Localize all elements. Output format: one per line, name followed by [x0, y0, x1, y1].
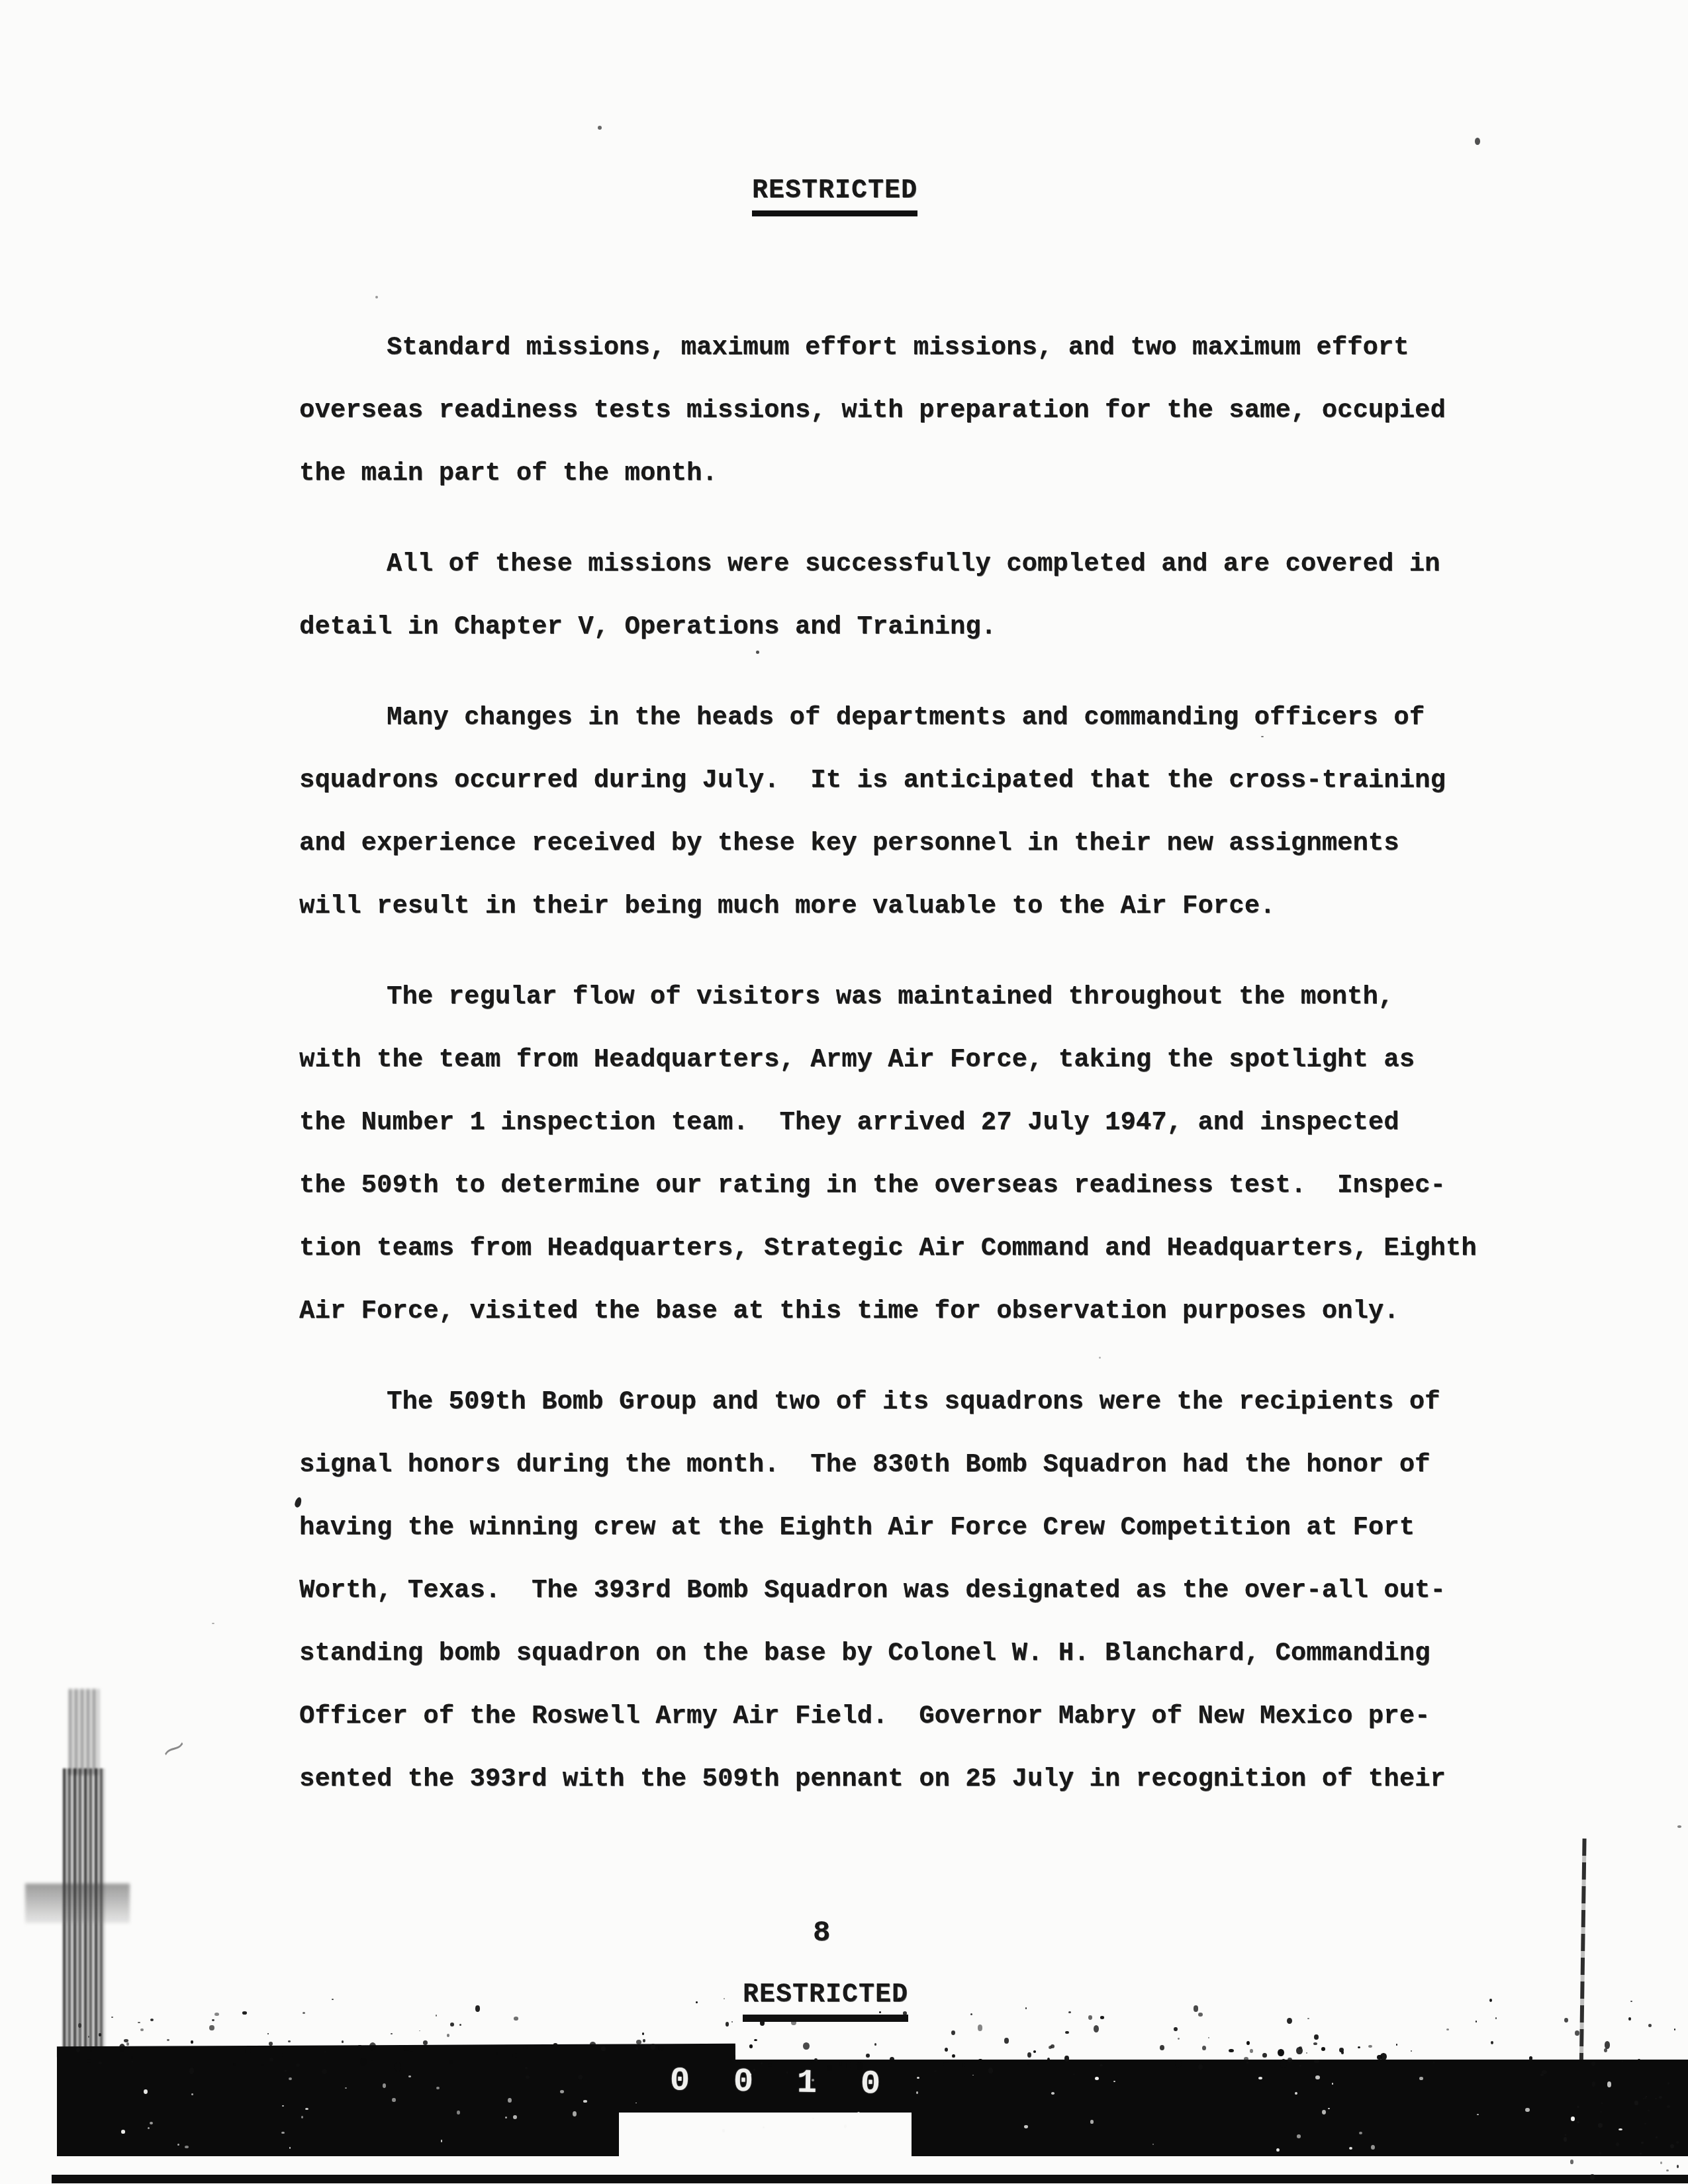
noise-dot	[289, 2147, 291, 2149]
noise-dot	[281, 2132, 284, 2134]
noise-dot	[408, 2075, 411, 2077]
noise-dot	[1432, 2062, 1435, 2064]
noise-dot	[138, 2022, 140, 2024]
noise-dot	[1295, 2092, 1297, 2095]
noise-dot	[475, 2005, 480, 2011]
noise-dot	[1648, 2024, 1652, 2027]
noise-dot	[1194, 2005, 1199, 2011]
text-line: All of these missions were successfully …	[299, 533, 1501, 596]
scan-streak	[25, 1884, 130, 1923]
noise-dot	[1051, 2044, 1055, 2048]
noise-dot	[450, 2023, 454, 2026]
noise-dot	[1570, 2160, 1574, 2164]
noise-dot	[978, 2025, 982, 2031]
noise-dot	[1178, 2038, 1180, 2039]
noise-dot	[1313, 2042, 1317, 2045]
noise-dot	[1358, 2046, 1360, 2048]
text-line: sented the 393rd with the 509th pennant …	[299, 1748, 1501, 1811]
noise-dot	[866, 2054, 870, 2058]
noise-dot	[756, 651, 759, 654]
noise-dot	[1477, 2114, 1479, 2115]
noise-dot	[322, 2069, 327, 2074]
noise-dot	[303, 2012, 305, 2014]
scanned-document-page: RESTRICTED Standard missions, maximum ef…	[0, 0, 1688, 2184]
noise-dot	[1495, 2017, 1497, 2019]
film-band-notch	[619, 2113, 912, 2184]
noise-dot	[1174, 2027, 1178, 2032]
noise-dot	[269, 2058, 273, 2062]
text-line: and experience received by these key per…	[299, 812, 1501, 875]
text-line: having the winning crew at the Eighth Ai…	[299, 1496, 1501, 1559]
noise-dot	[1314, 2060, 1319, 2064]
scan-scratch	[1579, 1839, 1586, 2081]
noise-dot	[890, 2057, 894, 2062]
noise-dot	[1641, 2142, 1644, 2144]
paragraph: Many changes in the heads of departments…	[299, 686, 1501, 938]
noise-dot	[419, 2030, 420, 2032]
noise-dot	[1628, 2017, 1631, 2021]
noise-dot	[1666, 2169, 1669, 2171]
noise-dot	[132, 2062, 133, 2062]
noise-dot	[1638, 2059, 1640, 2062]
noise-dot	[1113, 2081, 1115, 2082]
noise-dot	[1634, 2101, 1638, 2105]
page-number: 8	[813, 1917, 830, 1950]
text-line: Standard missions, maximum effort missio…	[299, 316, 1501, 379]
noise-dot	[441, 2140, 443, 2142]
noise-dot	[1341, 2051, 1344, 2054]
noise-dot	[1299, 2065, 1301, 2067]
noise-dot	[449, 2060, 453, 2064]
classification-footer: RESTRICTED	[743, 1980, 908, 2022]
noise-dot	[722, 2129, 725, 2132]
noise-dot	[643, 2039, 645, 2042]
noise-dot	[1630, 2001, 1632, 2002]
noise-dot	[1202, 2046, 1206, 2050]
noise-dot	[1599, 2152, 1601, 2154]
noise-dot	[282, 2105, 284, 2107]
noise-dot	[590, 2042, 596, 2047]
noise-dot	[1674, 2028, 1675, 2030]
noise-dot	[1100, 2016, 1105, 2019]
noise-dot	[1656, 2136, 1658, 2138]
noise-dot	[1575, 2030, 1579, 2036]
noise-dot	[768, 2063, 772, 2067]
noise-dot	[391, 2033, 392, 2034]
noise-dot	[1099, 1357, 1101, 1359]
noise-dot	[1229, 2049, 1234, 2053]
noise-dot	[1676, 2141, 1679, 2144]
noise-dot	[395, 2062, 401, 2071]
noise-dot	[1491, 2041, 1493, 2044]
noise-dot	[1604, 2048, 1607, 2052]
noise-dot	[1306, 2052, 1307, 2054]
noise-dot	[78, 2023, 81, 2028]
noise-dot	[763, 2126, 765, 2128]
paragraph: All of these missions were successfully …	[299, 533, 1501, 659]
noise-dot	[1287, 2018, 1291, 2024]
noise-dot	[1598, 2123, 1603, 2128]
noise-dot	[212, 2019, 215, 2021]
noise-dot	[1033, 2050, 1037, 2053]
noise-dot	[1064, 2056, 1068, 2062]
noise-dot	[1065, 2031, 1068, 2034]
noise-dot	[99, 2062, 102, 2064]
text-line: squadrons occurred during July. It is an…	[299, 749, 1501, 812]
noise-dot	[111, 2017, 113, 2018]
noise-dot	[1332, 2083, 1333, 2084]
noise-dot	[945, 2048, 948, 2052]
paragraph: The regular flow of visitors was maintai…	[299, 966, 1501, 1343]
noise-dot	[978, 2059, 982, 2061]
noise-dot	[731, 2021, 733, 2023]
noise-dot	[1088, 2015, 1092, 2020]
noise-dot	[233, 2063, 236, 2066]
noise-dot	[1525, 2108, 1530, 2113]
noise-dot	[301, 2116, 304, 2118]
noise-dot	[952, 2054, 955, 2058]
noise-dot	[1307, 2018, 1309, 2019]
noise-dot	[839, 2062, 842, 2066]
noise-dot	[803, 2042, 810, 2050]
noise-dot	[1314, 2034, 1319, 2040]
noise-dot	[1396, 2044, 1398, 2046]
noise-dot	[1024, 2125, 1028, 2128]
noise-dot	[1280, 2059, 1287, 2068]
noise-dot	[383, 2083, 386, 2087]
noise-dot	[403, 2045, 410, 2051]
text-line: with the team from Headquarters, Army Ai…	[299, 1028, 1501, 1091]
noise-dot	[1475, 138, 1480, 145]
noise-dot	[1411, 2050, 1413, 2052]
noise-dot	[1100, 2064, 1103, 2066]
noise-dot	[1565, 2134, 1566, 2136]
noise-dot	[726, 2022, 729, 2027]
noise-dot	[1380, 2053, 1387, 2060]
noise-dot	[951, 2030, 955, 2035]
noise-dot	[1489, 1999, 1492, 2002]
noise-dot	[140, 2028, 143, 2031]
noise-dot	[598, 126, 602, 130]
noise-dot	[288, 2040, 291, 2042]
noise-dot	[1208, 2037, 1209, 2039]
noise-dot	[553, 2043, 557, 2046]
noise-dot	[560, 2090, 565, 2093]
noise-dot	[857, 2062, 863, 2070]
noise-dot	[214, 2013, 219, 2017]
noise-dot	[423, 2040, 428, 2045]
noise-dot	[357, 2045, 362, 2050]
text-line: Worth, Texas. The 393rd Bomb Squadron wa…	[299, 1559, 1501, 1622]
text-line: standing bomb squadron on the base by Co…	[299, 1622, 1501, 1685]
paragraph: Standard missions, maximum effort missio…	[299, 316, 1501, 505]
noise-dot	[1051, 2092, 1055, 2095]
noise-dot	[1476, 2021, 1477, 2023]
noise-dot	[1419, 2077, 1423, 2080]
noise-dot	[635, 2046, 638, 2050]
classification-footer-text: RESTRICTED	[743, 1980, 908, 2022]
noise-dot	[874, 2043, 876, 2046]
noise-dot	[1644, 2097, 1646, 2099]
noise-dot	[1322, 2110, 1326, 2115]
noise-dot	[496, 2052, 498, 2055]
noise-dot	[1246, 2041, 1250, 2046]
noise-dot	[1090, 2120, 1094, 2124]
noise-dot	[1027, 2052, 1031, 2058]
noise-dot	[392, 2098, 396, 2103]
noise-dot	[1296, 2047, 1302, 2054]
noise-dot	[1677, 1825, 1681, 1828]
noise-dot	[1659, 2096, 1662, 2099]
noise-dot	[1677, 2165, 1679, 2168]
noise-dot	[760, 2020, 765, 2026]
noise-dot	[1446, 2028, 1449, 2030]
noise-dot	[267, 2033, 269, 2034]
noise-dot	[696, 2001, 697, 2003]
noise-dot	[857, 2112, 860, 2115]
noise-dot	[1592, 2081, 1595, 2086]
noise-dot	[121, 2130, 126, 2134]
noise-dot	[371, 2048, 373, 2050]
noise-dot	[1175, 2060, 1181, 2068]
text-line: overseas readiness tests missions, with …	[299, 379, 1501, 442]
noise-dot	[761, 2062, 763, 2064]
text-line: The regular flow of visitors was maintai…	[299, 966, 1501, 1028]
noise-dot	[1321, 2047, 1326, 2051]
noise-dot	[191, 2040, 193, 2044]
scan-smudge-faint	[69, 1689, 99, 1775]
noise-dot	[436, 2015, 438, 2017]
noise-dot	[332, 1999, 334, 2000]
noise-dot	[209, 2025, 214, 2031]
noise-dot	[791, 2019, 796, 2025]
noise-dot	[514, 2017, 518, 2021]
noise-dot	[1246, 2062, 1248, 2064]
noise-dot	[1068, 2011, 1071, 2013]
noise-dot	[724, 1998, 725, 1999]
noise-dot	[1607, 2081, 1612, 2087]
film-edge-line	[52, 2175, 1688, 2183]
noise-dot	[99, 2033, 101, 2036]
noise-dot	[324, 2051, 326, 2052]
noise-dot	[447, 2034, 450, 2037]
pencil-mark: ⁓	[158, 1731, 191, 1766]
text-line: the main part of the month.	[299, 442, 1501, 505]
noise-dot	[523, 2046, 528, 2049]
noise-dot	[126, 2042, 129, 2046]
noise-dot	[1198, 2064, 1203, 2070]
noise-dot	[1368, 2045, 1372, 2048]
noise-dot	[1655, 2098, 1657, 2099]
noise-dot	[1591, 2062, 1595, 2066]
noise-dot	[119, 2044, 125, 2052]
noise-dot	[1315, 2075, 1320, 2079]
noise-dot	[1667, 2105, 1670, 2107]
noise-dot	[1660, 2161, 1662, 2164]
noise-dot	[512, 2053, 518, 2058]
noise-dot	[1646, 2096, 1647, 2097]
noise-dot	[1250, 2049, 1252, 2053]
noise-dot	[242, 2011, 247, 2015]
noise-dot	[1047, 2058, 1050, 2061]
noise-dot	[1025, 2007, 1027, 2009]
noise-dot	[457, 2111, 460, 2115]
noise-dot	[754, 2039, 758, 2042]
noise-dot	[988, 2068, 993, 2073]
text-line: Many changes in the heads of departments…	[299, 686, 1501, 749]
noise-dot	[1160, 2045, 1164, 2050]
noise-dot	[1564, 2018, 1568, 2023]
noise-dot	[1198, 2013, 1203, 2017]
noise-dot	[1349, 2147, 1352, 2150]
noise-dot	[749, 2044, 753, 2048]
noise-dot	[1529, 2056, 1532, 2060]
noise-dot	[167, 2039, 169, 2041]
noise-dot	[185, 2146, 189, 2148]
noise-dot	[342, 2040, 344, 2043]
text-line: the 509th to determine our rating in the…	[299, 1154, 1501, 1217]
noise-dot	[424, 2045, 428, 2048]
noise-dot	[375, 296, 378, 298]
text-line: signal honors during the month. The 830t…	[299, 1433, 1501, 1496]
noise-dot	[962, 2063, 966, 2067]
classification-header: RESTRICTED	[752, 176, 917, 216]
noise-dot	[360, 2058, 366, 2066]
text-line: will result in their being much more val…	[299, 875, 1501, 938]
text-line: detail in Chapter V, Operations and Trai…	[299, 596, 1501, 659]
paragraph: The 509th Bomb Group and two of its squa…	[299, 1371, 1501, 1811]
noise-dot	[753, 2069, 755, 2070]
noise-dot	[1278, 2049, 1284, 2056]
noise-dot	[844, 2124, 847, 2128]
noise-dot	[212, 1623, 214, 1624]
noise-dot	[88, 2036, 89, 2038]
text-line: The 509th Bomb Group and two of its squa…	[299, 1371, 1501, 1433]
noise-dot	[1590, 2174, 1595, 2180]
document-body: Standard missions, maximum effort missio…	[299, 316, 1501, 1839]
noise-dot	[970, 2013, 972, 2015]
noise-dot	[1262, 2053, 1267, 2058]
text-line: tion teams from Headquarters, Strategic …	[299, 1217, 1501, 1280]
noise-dot	[150, 2019, 154, 2021]
noise-dot	[1288, 2058, 1292, 2062]
noise-dot	[642, 2032, 644, 2035]
text-line: Air Force, visited the base at this time…	[299, 1280, 1501, 1343]
noise-dot	[1004, 2038, 1009, 2044]
noise-dot	[1670, 2144, 1674, 2148]
noise-dot	[148, 2127, 150, 2129]
noise-dot	[124, 2039, 128, 2042]
text-line: the Number 1 inspection team. They arriv…	[299, 1091, 1501, 1154]
classification-header-text: RESTRICTED	[752, 176, 917, 216]
noise-dot	[1094, 2025, 1099, 2032]
text-line: Officer of the Roswell Army Air Field. G…	[299, 1685, 1501, 1748]
noise-dot	[459, 2024, 461, 2026]
